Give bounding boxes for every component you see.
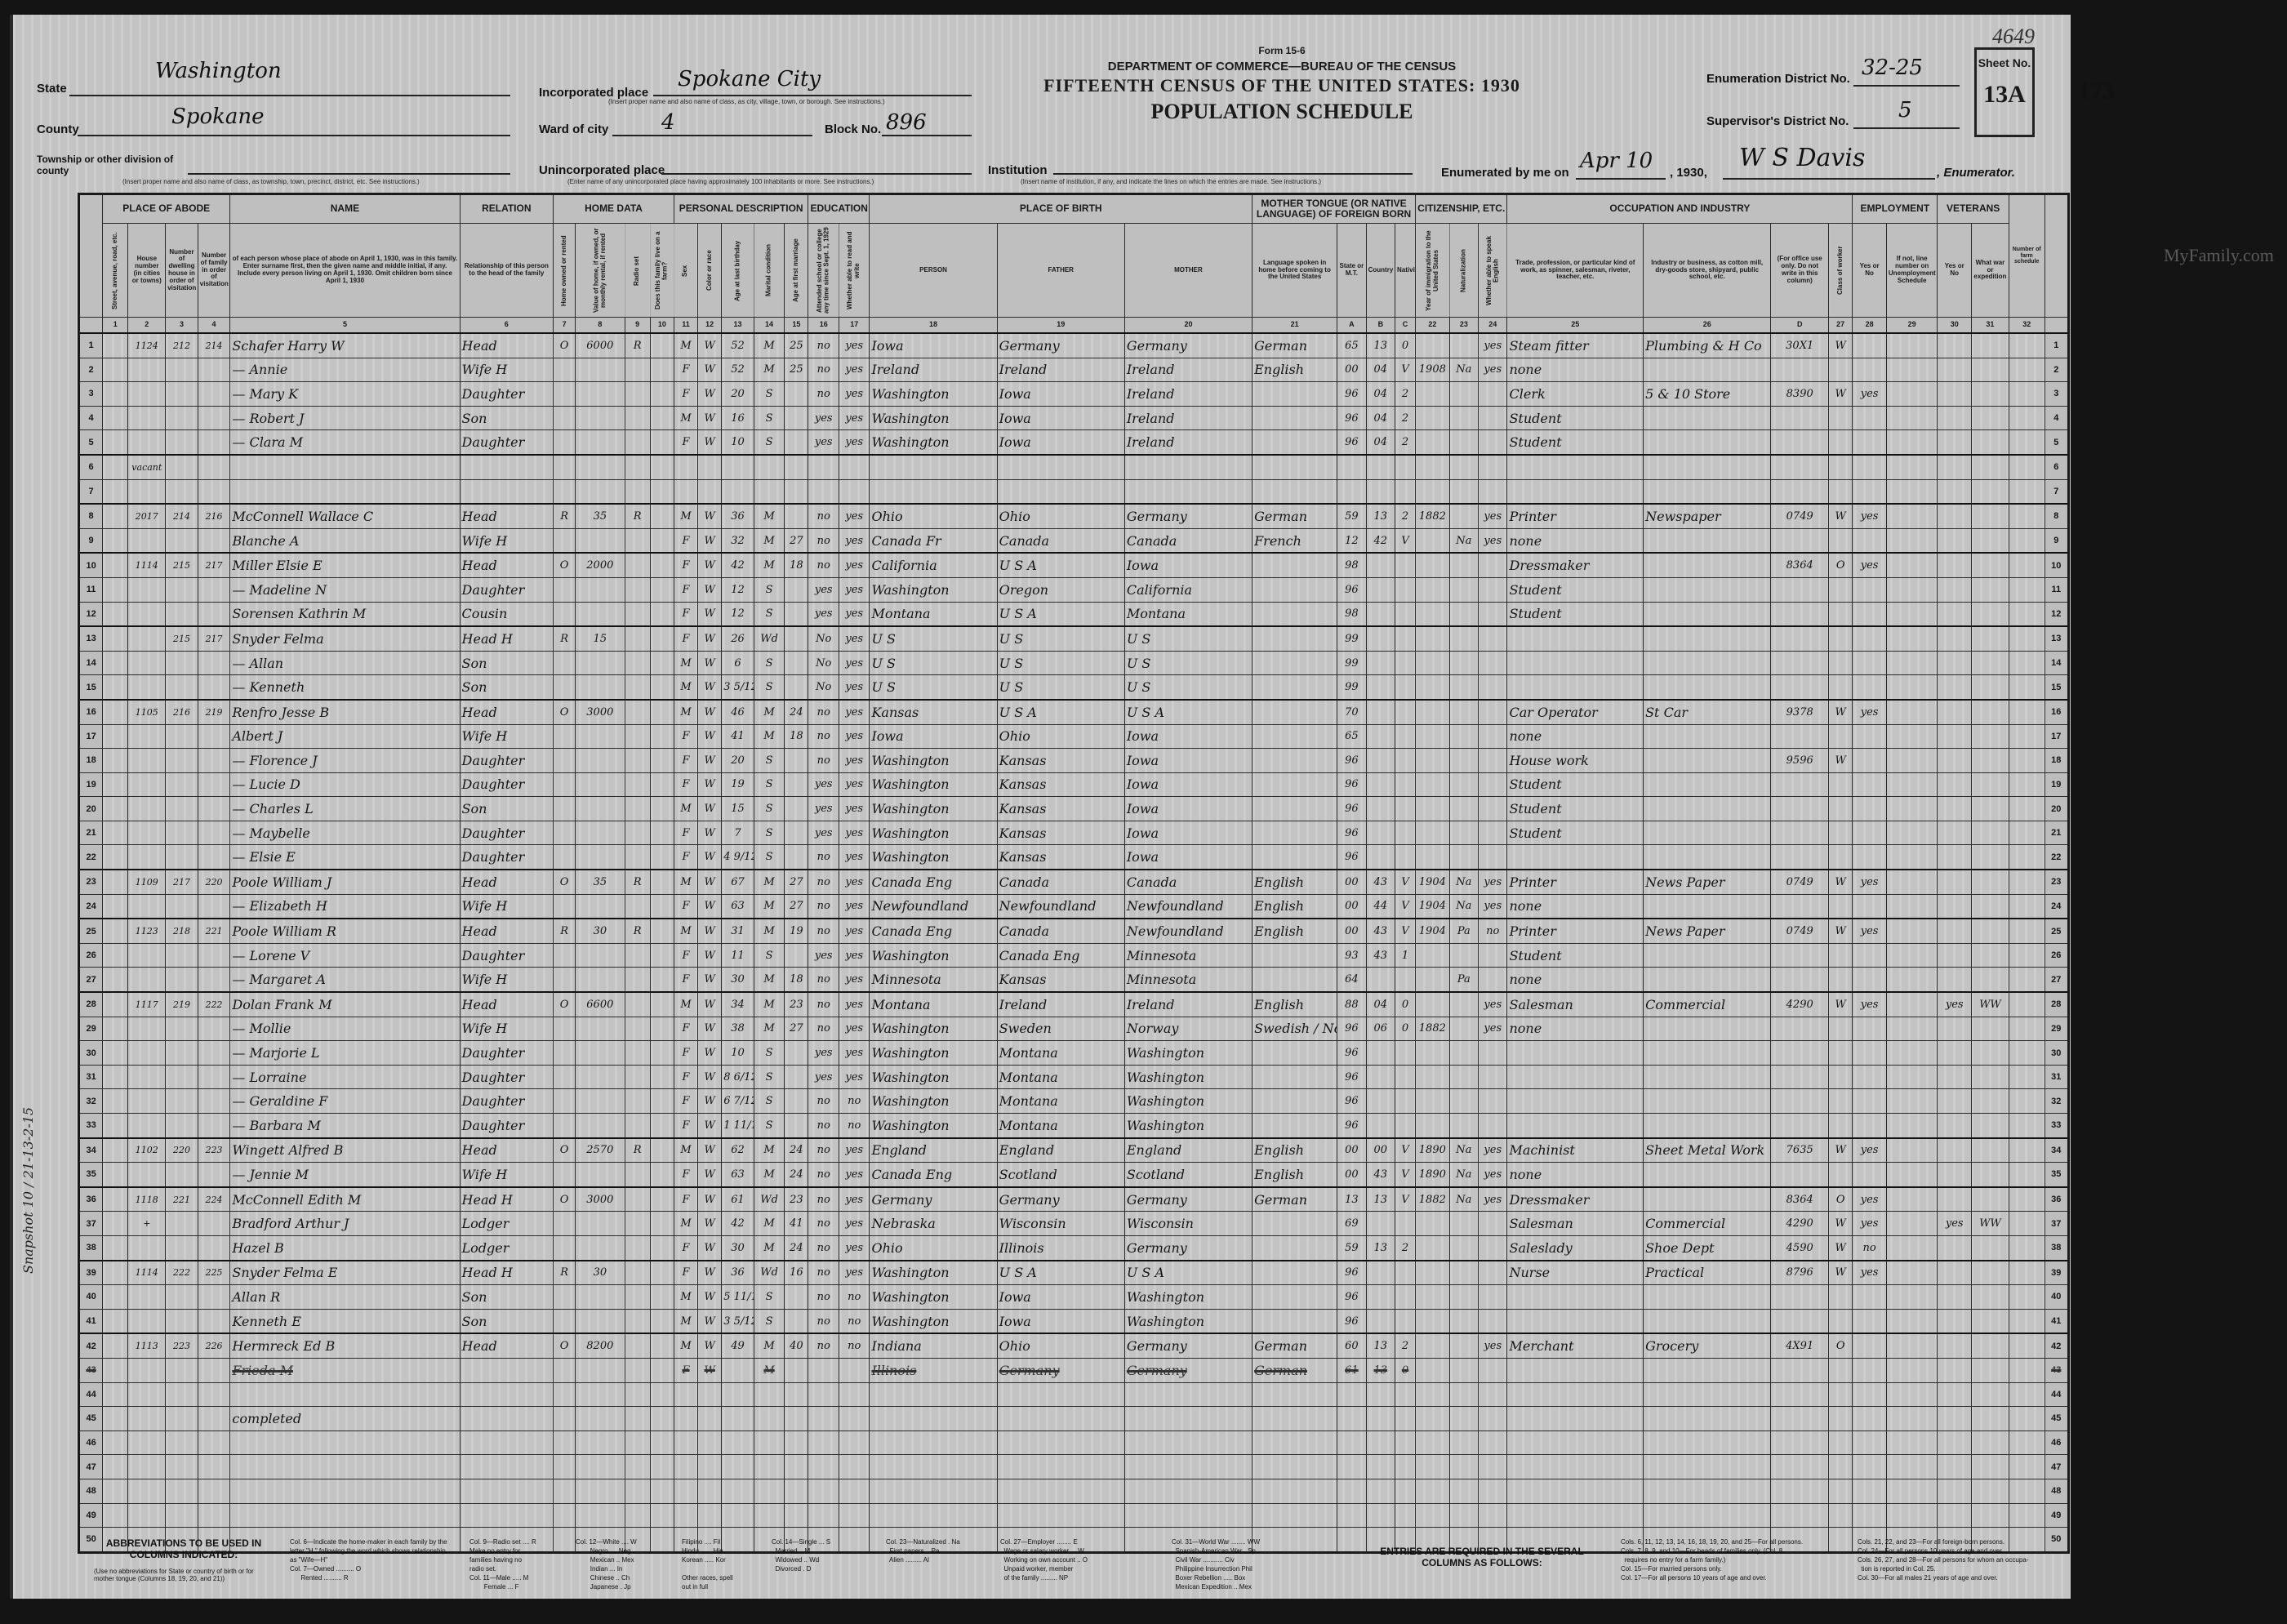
cell-agem [785,430,808,455]
cell-read: yes [839,504,870,528]
column-number: 26 [1644,318,1771,334]
incorporated-line [653,95,972,96]
column-number: 7 [554,318,576,334]
cell-eng [1479,724,1507,749]
cell-mar: M [754,700,784,724]
cell-unemp [1886,1503,1937,1528]
cell-own [554,406,576,430]
cell-age: 42 [722,1212,754,1236]
cell-unemp [1886,406,1937,430]
cell-street [103,528,128,553]
cell-fam [198,1114,230,1138]
cell-sch: yes [808,943,839,968]
cell-lang: German [1253,1358,1337,1382]
cell-farmsch [2009,968,2045,992]
cell-pob [870,1382,997,1407]
cell-val [576,651,625,675]
cell-val [576,1212,625,1236]
cell-street [103,1503,128,1528]
cell-fpob: Germany [997,1187,1124,1212]
cell-unemp [1886,1065,1937,1089]
cell-sch: yes [808,577,839,602]
cell-house: 1109 [128,870,166,894]
column-number: 5 [230,318,460,334]
cell-house [128,772,166,797]
cell-dwell [166,1358,198,1382]
cell-fam [198,479,230,504]
cell-farm [650,626,674,651]
cell-own [554,675,576,700]
cell-house [128,724,166,749]
cell-emp [1853,1089,1887,1114]
cell-occ [1507,1285,1644,1310]
cell-sch [808,1382,839,1407]
cell-sch: yes [808,772,839,797]
cell-pob: Illinois [870,1358,997,1382]
cell-lang [1253,577,1337,602]
unincorporated-line [661,173,972,175]
cell-read [839,1455,870,1479]
table-row: 4444 [79,1382,2069,1407]
line-number-right: 6 [2045,455,2068,479]
cell-cc [1395,455,1416,479]
cell-rel: Daughter [460,1114,554,1138]
cell-rel: Daughter [460,1065,554,1089]
cell-ca [1337,1430,1366,1455]
supervisor-label: Supervisor's District No. [1706,114,1849,128]
cell-street [103,1285,128,1310]
cell-own [554,1065,576,1089]
cell-nat [1449,1503,1478,1528]
cell-street [103,1212,128,1236]
cell-unemp [1886,1187,1937,1212]
cell-fpob: Montana [997,1065,1124,1089]
cell-mpob: Germany [1124,1235,1252,1260]
cell-fpob: Scotland [997,1163,1124,1187]
cell-emp: yes [1853,1138,1887,1163]
cell-farm [650,1309,674,1333]
header-c24: Whether able to speak English [1479,224,1507,318]
cell-sch: No [808,675,839,700]
cell-imm: 1882 [1416,504,1450,528]
cell-read: no [839,1114,870,1138]
cell-cls [1829,1309,1853,1333]
line-number: 48 [79,1479,103,1503]
cell-read: yes [839,626,870,651]
cell-sex [674,1455,697,1479]
line-number-right: 43 [2045,1358,2068,1382]
cell-ca: 96 [1337,382,1366,407]
cell-cd [1771,358,1829,382]
cell-rel [460,455,554,479]
cell-imm [1416,1065,1450,1089]
cell-cc [1395,626,1416,651]
enum-district-value: 32-25 [1862,56,1923,80]
township-line [188,173,510,175]
cell-unemp [1886,1261,1937,1285]
cell-occ: Printer [1507,870,1644,894]
cell-dwell [166,1407,198,1431]
cell-ca: 96 [1337,1041,1366,1066]
cell-ca: 60 [1337,1333,1366,1358]
cell-eng [1479,1479,1507,1503]
cell-age [722,1407,754,1431]
cell-street [103,1430,128,1455]
cell-mpob: Iowa [1124,797,1252,821]
cell-war [1972,919,2009,943]
cell-fpob [997,1479,1124,1503]
cell-cb: 44 [1366,894,1395,919]
cell-cd [1771,1163,1829,1187]
cell-occ: Printer [1507,504,1644,528]
cell-eng [1479,1235,1507,1260]
cell-ind [1644,943,1771,968]
enum-district-line [1853,85,1960,87]
unincorporated-note: (Enter name of any unincorporated place … [567,178,874,185]
cell-eng: yes [1479,1333,1507,1358]
cell-war [1972,1285,2009,1310]
cell-cls: W [1829,992,1853,1017]
cell-farm [650,430,674,455]
cell-vet [1938,870,1972,894]
cell-vet [1938,358,1972,382]
cell-radio [625,553,650,577]
cell-eng [1479,772,1507,797]
footer: ABBREVIATIONS TO BE USED IN COLUMNS INDI… [78,1531,2070,1592]
line-number-right: 4 [2045,406,2068,430]
cell-fam [198,724,230,749]
cell-house [128,1407,166,1431]
cell-val [576,1309,625,1333]
cell-house [128,675,166,700]
cell-rel: Head [460,700,554,724]
cell-farmsch [2009,406,2045,430]
cell-name: — Elizabeth H [230,894,460,919]
table-row: 3— Mary KDaughterFW20SnoyesWashingtonIow… [79,382,2069,407]
cell-eng: yes [1479,870,1507,894]
cell-sch: no [808,1187,839,1212]
cell-emp [1853,749,1887,773]
cell-cb [1366,1479,1395,1503]
column-number: 4 [198,318,230,334]
header-cD: (For office use only. Do not write in th… [1771,224,1829,318]
table-row: 281117219222Dolan Frank MHeadO6600MW34M2… [79,992,2069,1017]
cell-sex: F [674,358,697,382]
cell-cb: 43 [1366,919,1395,943]
cell-cd: 9378 [1771,700,1829,724]
cell-vet [1938,1089,1972,1114]
cell-vet [1938,797,1972,821]
cell-war [1972,1333,2009,1358]
col12b-note: Filipino .... Fil Hindu ...... Hin Korea… [682,1537,733,1591]
cell-dwell: 218 [166,919,198,943]
column-number: 14 [754,318,784,334]
cell-ind [1644,1285,1771,1310]
cell-ca: 98 [1337,553,1366,577]
cell-read: yes [839,577,870,602]
cell-sch: no [808,333,839,358]
cell-radio [625,1358,650,1382]
cell-unemp [1886,943,1937,968]
cell-ind [1644,1065,1771,1089]
line-number: 31 [79,1065,103,1089]
line-number: 23 [79,870,103,894]
cell-mar: M [754,992,784,1017]
cell-mpob: England [1124,1138,1252,1163]
block-value: 896 [886,110,927,135]
cell-cc [1395,1041,1416,1066]
cell-radio [625,1235,650,1260]
cell-imm [1416,430,1450,455]
cell-war [1972,382,2009,407]
cell-ind [1644,1309,1771,1333]
supervisor-line [1853,127,1960,129]
cell-eng: yes [1479,333,1507,358]
cell-val [576,1041,625,1066]
cell-cc [1395,602,1416,626]
cell-farmsch [2009,430,2045,455]
cell-mpob: Germany [1124,504,1252,528]
cell-pob: Washington [870,749,997,773]
cell-house [128,651,166,675]
cell-street [103,968,128,992]
cell-rel: Head [460,992,554,1017]
cell-cc [1395,1212,1416,1236]
col6-note: Col. 6—Indicate the home-maker in each f… [290,1537,453,1582]
cell-mpob: Scotland [1124,1163,1252,1187]
cell-mar: M [754,1017,784,1041]
cell-fam [198,358,230,382]
cell-house [128,1455,166,1479]
cell-sex: F [674,1114,697,1138]
cell-sex: M [674,1212,697,1236]
cell-pob [870,1503,997,1528]
cell-mpob: Ireland [1124,358,1252,382]
cell-emp [1853,1017,1887,1041]
table-row: 9Blanche AWife HFW32M27noyesCanada FrCan… [79,528,2069,553]
cell-age: 20 [722,749,754,773]
cell-cc [1395,772,1416,797]
line-number: 13 [79,626,103,651]
cell-radio [625,382,650,407]
cell-sex: M [674,992,697,1017]
cell-dwell [166,358,198,382]
cell-val [576,1065,625,1089]
cell-fpob [997,1430,1124,1455]
cell-nat [1449,1333,1478,1358]
cell-ca: 13 [1337,1187,1366,1212]
cell-eng [1479,1212,1507,1236]
cell-mpob: Iowa [1124,821,1252,845]
cell-own [554,749,576,773]
cell-nat [1449,553,1478,577]
cell-cc [1395,1309,1416,1333]
cell-mar [754,1503,784,1528]
cell-sch [808,1455,839,1479]
cell-pob: Washington [870,797,997,821]
cell-radio: R [625,333,650,358]
cell-dwell [166,528,198,553]
cell-sex: F [674,577,697,602]
cell-farmsch [2009,1089,2045,1114]
cell-farmsch [2009,1430,2045,1455]
cell-emp: no [1853,1235,1887,1260]
cell-vet [1938,845,1972,870]
line-number: 35 [79,1163,103,1187]
cell-ca: 65 [1337,724,1366,749]
title-block: Form 15-6 DEPARTMENT OF COMMERCE—BUREAU … [1004,45,1560,124]
cell-emp [1853,1114,1887,1138]
cell-lang [1253,821,1337,845]
cell-occ: Student [1507,430,1644,455]
cell-farm [650,1503,674,1528]
cell-val: 30 [576,919,625,943]
line-number: 39 [79,1261,103,1285]
cell-fpob: Iowa [997,430,1124,455]
cell-cls [1829,1163,1853,1187]
cell-fpob: Montana [997,1089,1124,1114]
cell-fpob [997,1455,1124,1479]
cell-fam [198,749,230,773]
cell-cls [1829,1455,1853,1479]
cell-mpob [1124,1407,1252,1431]
cell-pob: Washington [870,1285,997,1310]
column-number [79,318,103,334]
cell-sch: yes [808,430,839,455]
line-number-right: 3 [2045,382,2068,407]
cell-farmsch [2009,528,2045,553]
cell-sch: no [808,528,839,553]
cell-lang [1253,1065,1337,1089]
cell-house: 1114 [128,1261,166,1285]
cell-own: O [554,1138,576,1163]
cell-street [103,845,128,870]
cell-lang: English [1253,358,1337,382]
header-c20: MOTHER [1124,224,1252,318]
cell-cd: 4290 [1771,992,1829,1017]
cell-unemp [1886,992,1937,1017]
department-title: DEPARTMENT OF COMMERCE—BUREAU OF THE CEN… [1004,60,1560,73]
cell-lang: German [1253,1187,1337,1212]
cell-race: W [698,1358,722,1382]
cell-radio [625,430,650,455]
cell-fpob: U S A [997,1261,1124,1285]
cell-agem: 18 [785,724,808,749]
cell-ca: 96 [1337,749,1366,773]
cell-mar [754,1407,784,1431]
cell-fpob [997,1407,1124,1431]
cell-farm [650,602,674,626]
cell-war [1972,675,2009,700]
cell-cls: W [1829,504,1853,528]
table-row: 31— LorraineDaughterFW8 6/12SyesyesWashi… [79,1065,2069,1089]
cell-name: — Lorraine [230,1065,460,1089]
cell-rel: Wife H [460,358,554,382]
cell-agem: 41 [785,1212,808,1236]
cell-farm [650,528,674,553]
cell-vet [1938,675,1972,700]
cell-radio [625,1309,650,1333]
cell-sch: no [808,749,839,773]
line-number: 1 [79,333,103,358]
cell-ind: Grocery [1644,1333,1771,1358]
line-number-right: 14 [2045,651,2068,675]
cell-own [554,968,576,992]
cell-imm [1416,382,1450,407]
cell-rel: Head [460,870,554,894]
cell-pob: U S [870,675,997,700]
cell-age [722,1430,754,1455]
cell-radio [625,455,650,479]
cell-emp [1853,943,1887,968]
cell-agem [785,1358,808,1382]
cell-cd [1771,797,1829,821]
cell-race [698,1503,722,1528]
cell-lang [1253,797,1337,821]
cell-fam [198,430,230,455]
cell-race: W [698,675,722,700]
state-label: State [37,82,67,96]
cell-fam [198,1017,230,1041]
cell-ind [1644,1430,1771,1455]
cell-eng [1479,700,1507,724]
cell-sex: F [674,553,697,577]
cell-agem [785,382,808,407]
cell-race: W [698,797,722,821]
column-number: 29 [1886,318,1937,334]
incorporated-note: (Insert proper name and also name of cla… [608,98,885,105]
cell-dwell: 216 [166,700,198,724]
cell-race: W [698,821,722,845]
cell-war [1972,1358,2009,1382]
cell-fpob: Canada Eng [997,943,1124,968]
cell-pob: Canada Fr [870,528,997,553]
cell-eng [1479,943,1507,968]
cell-cls [1829,797,1853,821]
cell-mpob: Iowa [1124,724,1252,749]
header-c21: Language spoken in home before coming to… [1253,224,1337,318]
cell-ca: 99 [1337,675,1366,700]
cell-race: W [698,1309,722,1333]
cell-agem [785,504,808,528]
cell-sch: no [808,553,839,577]
cell-occ: Student [1507,943,1644,968]
column-number: 21 [1253,318,1337,334]
cell-mar: S [754,845,784,870]
column-number: 6 [460,318,554,334]
cell-vet [1938,1333,1972,1358]
cell-imm: 1904 [1416,870,1450,894]
cell-cb: 04 [1366,430,1395,455]
cell-vet [1938,1017,1972,1041]
cell-ind [1644,1187,1771,1212]
cell-imm [1416,1285,1450,1310]
cell-farmsch [2009,1333,2045,1358]
cell-ca: 96 [1337,772,1366,797]
cell-war [1972,700,2009,724]
cell-mar: M [754,919,784,943]
stamp-number: 4649 [1992,24,2035,49]
cell-agem: 24 [785,1235,808,1260]
col9-note: Col. 9—Radio set .... R Make no entry fo… [469,1537,536,1591]
cell-imm [1416,626,1450,651]
cell-radio [625,1114,650,1138]
cell-dwell [166,1163,198,1187]
cell-mpob: Germany [1124,1333,1252,1358]
cell-radio [625,1261,650,1285]
header-c13: Age at last birthday [722,224,754,318]
cell-mpob: Washington [1124,1089,1252,1114]
